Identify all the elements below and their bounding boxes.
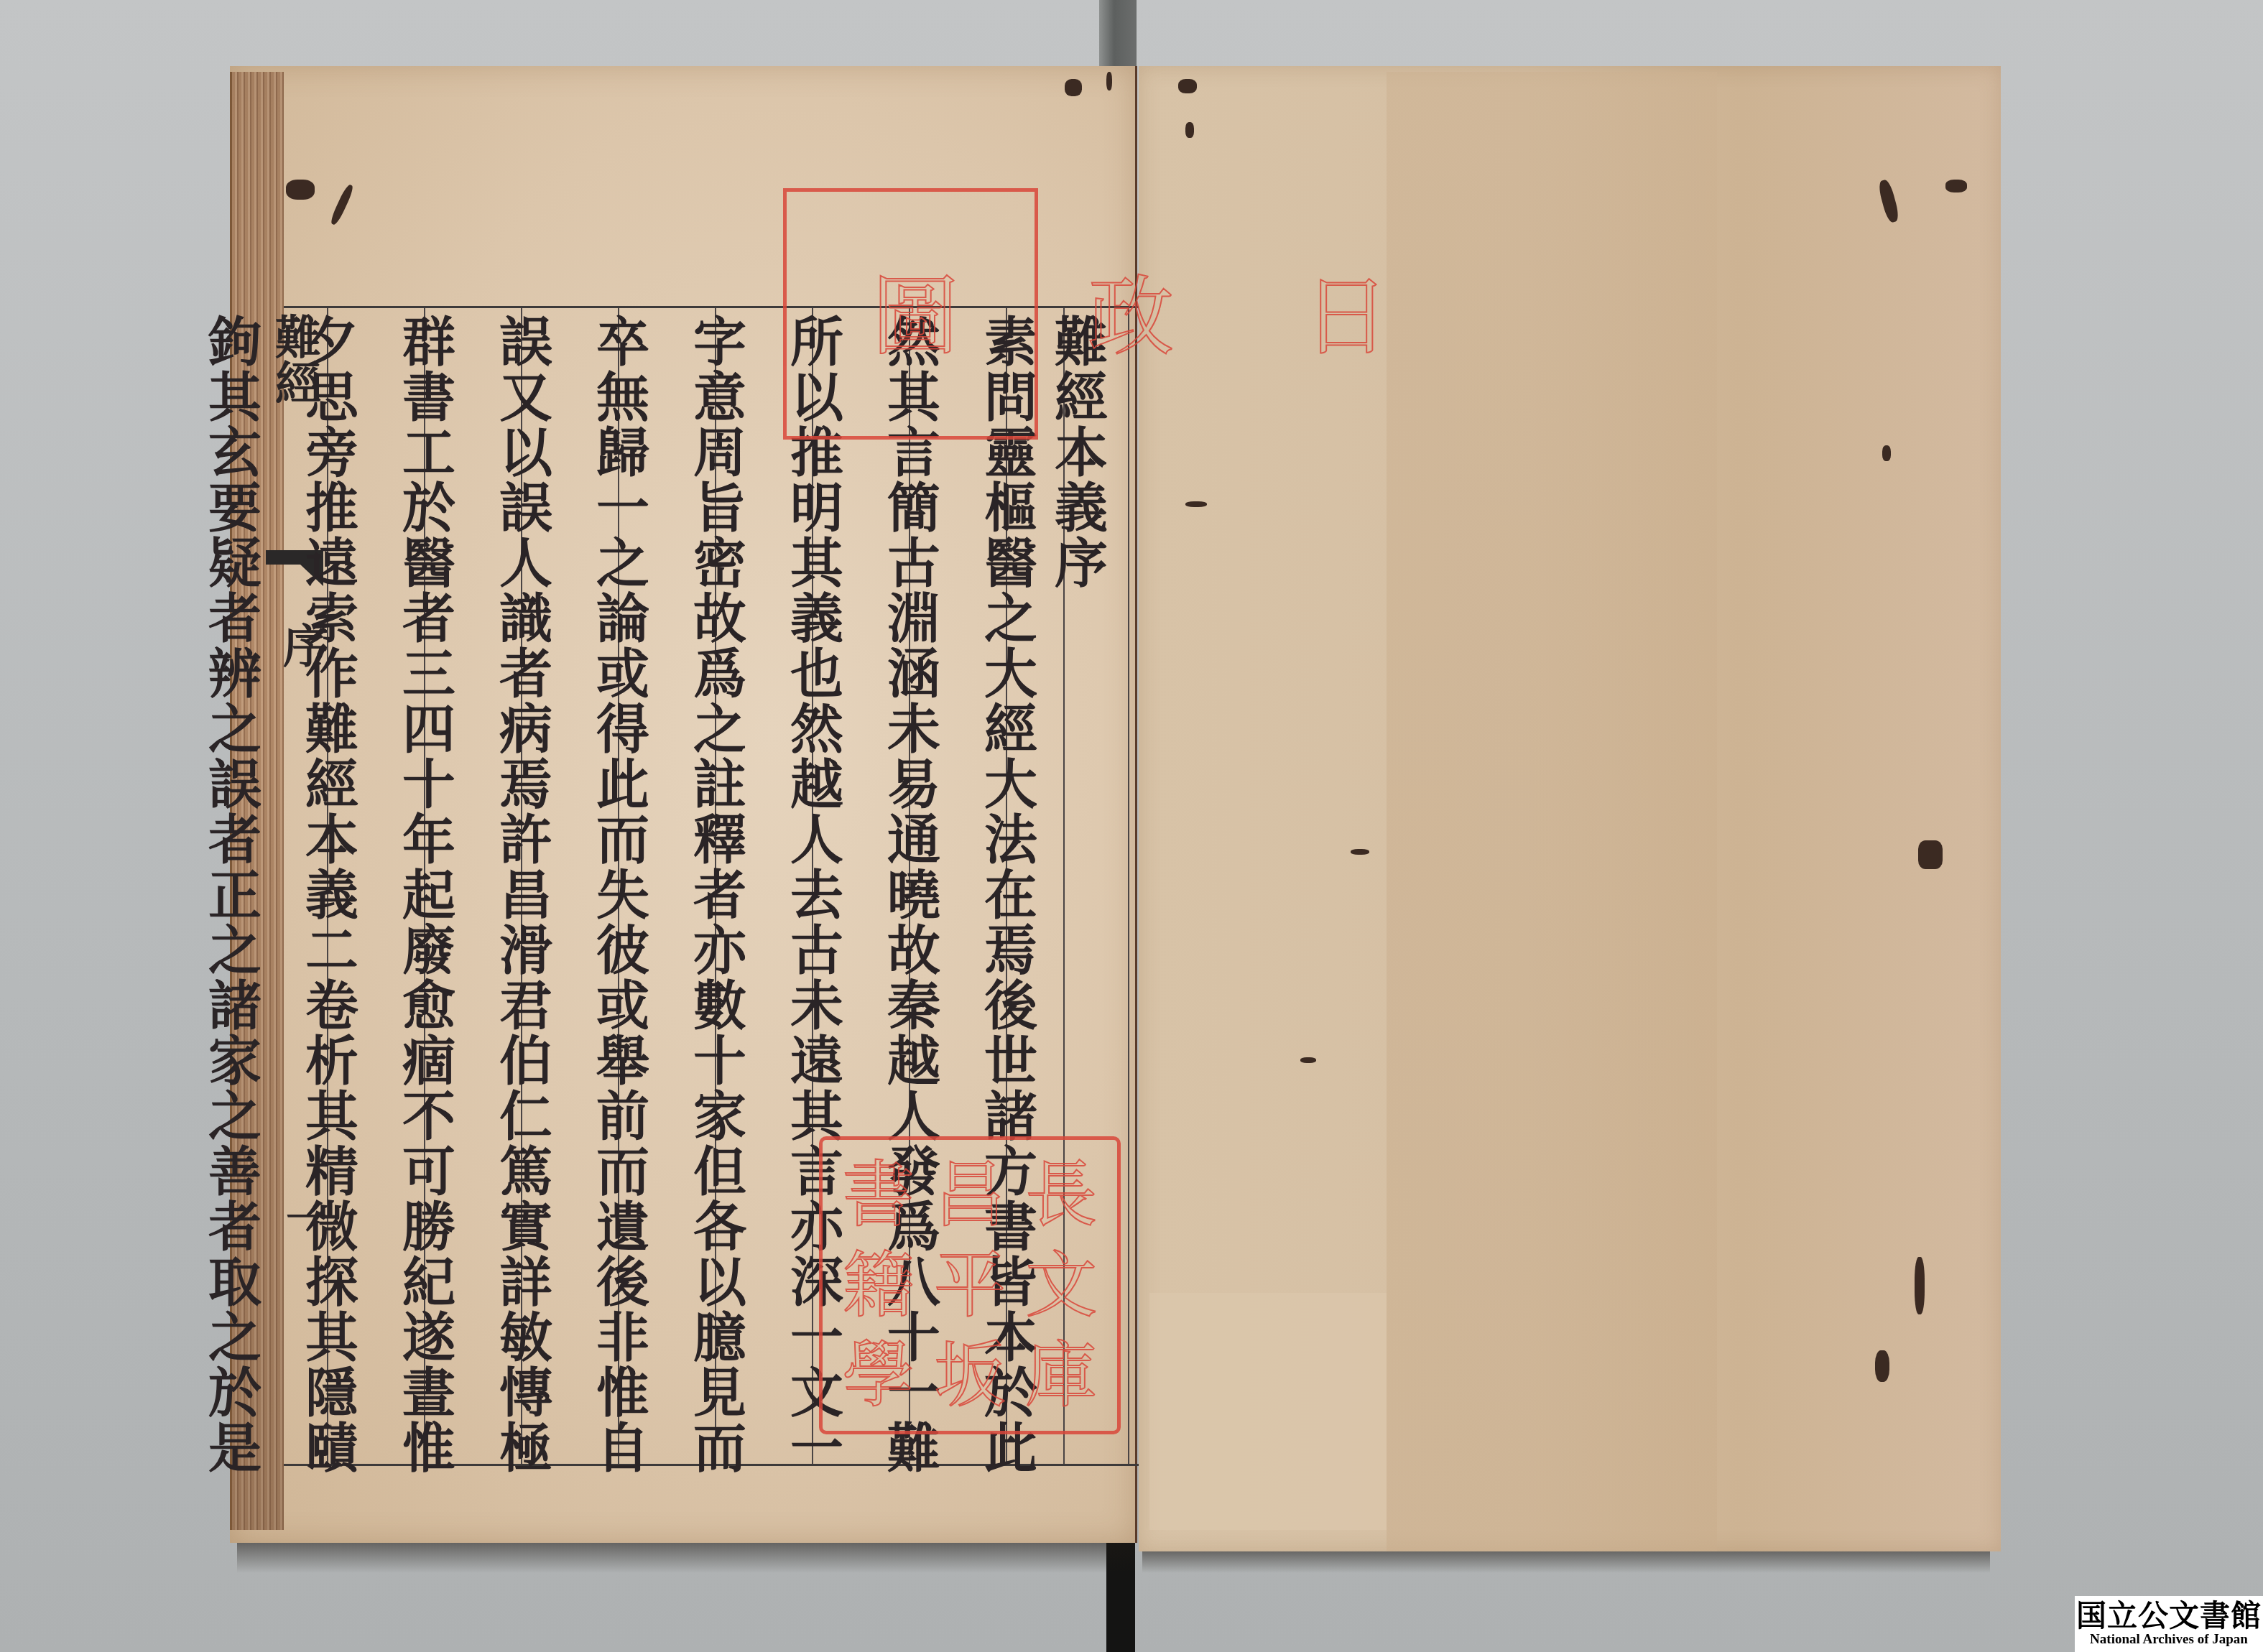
text-character: 以 [476, 426, 576, 481]
text-character: 自 [573, 1421, 673, 1477]
text-character: 四 [379, 702, 479, 758]
text-character: 三 [379, 647, 479, 702]
text-character: 紀 [379, 1256, 479, 1311]
text-character: 者 [379, 592, 479, 647]
text-character: 精 [282, 1145, 382, 1200]
text-character: 者 [476, 647, 576, 702]
text-column: 夕思旁推遠索作難經本義二卷析其精微探其隱賾 [282, 315, 382, 1477]
wormhole-mark [1915, 1257, 1925, 1314]
text-column: 字意周旨密故爲之註釋者亦數十家但各以臆見而 [670, 315, 770, 1477]
text-character: 各 [670, 1200, 770, 1256]
text-character: 要 [185, 481, 285, 537]
text-character: 之 [185, 702, 285, 758]
seal-glyph: 書 [833, 1150, 924, 1240]
text-character: 世 [961, 1034, 1061, 1090]
text-character: 識 [476, 592, 576, 647]
text-character: 君 [476, 979, 576, 1034]
text-character: 勝 [379, 1200, 479, 1256]
wormhole-mark [1351, 849, 1369, 855]
text-character: 者 [185, 1200, 285, 1256]
text-character: 其 [282, 1090, 382, 1145]
text-column: 群書工於醫者三四十年起廢愈痼不可勝紀遂晝惟 [379, 315, 479, 1477]
text-character: 其 [185, 371, 285, 426]
text-character: 而 [670, 1421, 770, 1477]
text-character: 故 [670, 592, 770, 647]
text-character: 秦 [864, 979, 964, 1034]
text-character: 焉 [961, 924, 1061, 979]
text-character: 卒 [573, 315, 673, 371]
text-character: 樞 [961, 481, 1061, 537]
text-character: 醫 [961, 537, 1061, 592]
text-character: 伯 [476, 1034, 576, 1090]
text-character: 慱 [476, 1366, 576, 1421]
text-character: 者 [670, 868, 770, 924]
wormhole-mark [1945, 180, 1967, 192]
wormhole-mark [1882, 445, 1891, 461]
text-character: 大 [961, 758, 1061, 813]
text-character: 玄 [185, 426, 285, 481]
text-character: 或 [573, 647, 673, 702]
text-character: 其 [282, 1311, 382, 1366]
text-character: 之 [961, 592, 1061, 647]
seal-glyph: 學 [833, 1330, 924, 1421]
wormhole-mark [1875, 1350, 1889, 1382]
text-character: 晝 [379, 1366, 479, 1421]
text-character: 旁 [282, 426, 382, 481]
text-character: 不 [379, 1090, 479, 1145]
text-character: 遠 [767, 1034, 867, 1090]
text-character: 然 [767, 702, 867, 758]
text-character: 遂 [379, 1311, 479, 1366]
text-character: 古 [767, 924, 867, 979]
text-column: 鉤其玄要疑者辨之誤者正之諸家之善者取之於是 [185, 315, 285, 1477]
text-character: 焉 [476, 758, 576, 813]
watermark-english: National Archives of Japan [2090, 1632, 2248, 1648]
wormhole-mark [286, 180, 315, 200]
text-character: 誤 [476, 315, 576, 371]
text-character: 善 [185, 1145, 285, 1200]
text-character: 去 [767, 868, 867, 924]
text-character: 仁 [476, 1090, 576, 1145]
text-character: 得 [573, 702, 673, 758]
text-character: 經 [282, 758, 382, 813]
text-character: 註 [670, 758, 770, 813]
text-character: 詳 [476, 1256, 576, 1311]
text-character: 越 [864, 1034, 964, 1090]
text-column: 卒無歸一之論或得此而失彼或舉前而遺後非惟自 [573, 315, 673, 1477]
text-character: 遠 [282, 537, 382, 592]
text-character: 探 [282, 1256, 382, 1311]
text-character: 遺 [573, 1200, 673, 1256]
text-character: 二 [282, 924, 382, 979]
text-character: 實 [476, 1200, 576, 1256]
wormhole-mark [1918, 840, 1943, 869]
text-character: 人 [767, 813, 867, 868]
text-character: 在 [961, 868, 1061, 924]
text-character: 淵 [864, 592, 964, 647]
ownership-seal-bottom: 書 昌 長 籍 平 文 學 坂 庫 [819, 1136, 1121, 1434]
text-character: 敏 [476, 1311, 576, 1366]
wormhole-mark [1185, 501, 1207, 507]
text-character: 之 [185, 924, 285, 979]
text-character: 經 [961, 702, 1061, 758]
text-character: 難 [282, 702, 382, 758]
text-character: 舉 [573, 1034, 673, 1090]
text-character: 推 [282, 481, 382, 537]
text-character: 群 [379, 315, 479, 371]
text-character: 前 [573, 1090, 673, 1145]
text-character: 隱 [282, 1366, 382, 1421]
text-character: 索 [282, 592, 382, 647]
text-character: 惟 [573, 1366, 673, 1421]
text-character: 家 [185, 1034, 285, 1090]
text-character: 醫 [379, 537, 479, 592]
text-character: 十 [379, 758, 479, 813]
text-character: 極 [476, 1421, 576, 1477]
text-character: 此 [573, 758, 673, 813]
text-character: 亦 [670, 924, 770, 979]
text-character: 之 [185, 1311, 285, 1366]
text-character: 昌 [476, 868, 576, 924]
text-character: 爲 [670, 647, 770, 702]
text-character: 者 [185, 813, 285, 868]
text-character: 後 [961, 979, 1061, 1034]
text-character: 見 [670, 1366, 770, 1421]
text-character: 微 [282, 1200, 382, 1256]
text-character: 法 [961, 813, 1061, 868]
text-character: 歸 [573, 426, 673, 481]
text-character: 後 [573, 1256, 673, 1311]
text-character: 簡 [864, 481, 964, 537]
text-column: 誤又以誤人識者病焉許昌滑君伯仁篤實詳敏慱極 [476, 315, 576, 1477]
seal-glyph: 日 [1231, 205, 1446, 423]
archive-watermark: 国立公文書館 National Archives of Japan [2075, 1596, 2263, 1652]
text-character: 於 [379, 481, 479, 537]
text-character: 無 [573, 371, 673, 426]
seal-glyph: 平 [924, 1240, 1015, 1331]
text-character: 可 [379, 1145, 479, 1200]
wormhole-mark [1300, 1057, 1316, 1063]
seal-glyph: 昌 [924, 1150, 1015, 1240]
text-character: 釋 [670, 813, 770, 868]
wormhole-mark [1185, 122, 1194, 138]
seal-glyph: 圖 [800, 205, 1015, 423]
text-character: 非 [573, 1311, 673, 1366]
ownership-seal-top: 圖 政 日 [783, 188, 1038, 440]
text-character: 滑 [476, 924, 576, 979]
text-character: 而 [573, 1145, 673, 1200]
text-character: 痼 [379, 1034, 479, 1090]
text-character: 義 [282, 868, 382, 924]
text-character: 彼 [573, 924, 673, 979]
text-character: 思 [282, 371, 382, 426]
text-character: 又 [476, 371, 576, 426]
seal-glyph: 坂 [924, 1330, 1015, 1421]
text-character: 疑 [185, 537, 285, 592]
text-character: 通 [864, 813, 964, 868]
text-character: 字 [670, 315, 770, 371]
text-character: 正 [185, 868, 285, 924]
text-character: 書 [379, 371, 479, 426]
text-character: 病 [476, 702, 576, 758]
text-character: 卷 [282, 979, 382, 1034]
seal-glyph: 庫 [1016, 1330, 1107, 1421]
text-character: 大 [961, 647, 1061, 702]
text-character: 古 [864, 537, 964, 592]
text-character: 之 [573, 537, 673, 592]
text-character: 旨 [670, 481, 770, 537]
text-character: 而 [573, 813, 673, 868]
text-character: 者 [185, 592, 285, 647]
seal-glyph: 長 [1016, 1150, 1107, 1240]
text-character: 義 [767, 592, 867, 647]
text-character: 失 [573, 868, 673, 924]
text-character: 惟 [379, 1421, 479, 1477]
text-character: 故 [864, 924, 964, 979]
text-character: 之 [185, 1090, 285, 1145]
text-character: 廢 [379, 924, 479, 979]
text-character: 論 [573, 592, 673, 647]
text-character: 辨 [185, 647, 285, 702]
text-character: 賾 [282, 1421, 382, 1477]
text-character: 是 [185, 1421, 285, 1477]
text-character: 起 [379, 868, 479, 924]
wormhole-mark [1065, 79, 1082, 96]
text-character: 諸 [185, 979, 285, 1034]
seal-glyph: 政 [1015, 205, 1231, 423]
text-character: 鉤 [185, 315, 285, 371]
text-character: 本 [282, 813, 382, 868]
text-character: 於 [185, 1366, 285, 1421]
watermark-japanese: 国立公文書館 [2076, 1600, 2262, 1632]
seal-glyph: 籍 [833, 1240, 924, 1331]
text-character: 工 [379, 426, 479, 481]
text-character: 未 [864, 702, 964, 758]
text-character: 許 [476, 813, 576, 868]
text-character: 易 [864, 758, 964, 813]
text-character: 誤 [185, 758, 285, 813]
text-character: 人 [476, 537, 576, 592]
text-character: 但 [670, 1145, 770, 1200]
text-character: 一 [573, 481, 673, 537]
text-character: 誤 [476, 481, 576, 537]
right-page-repair-patch [1149, 1293, 1387, 1530]
text-character: 密 [670, 537, 770, 592]
text-character: 愈 [379, 979, 479, 1034]
text-character: 取 [185, 1256, 285, 1311]
text-character: 周 [670, 426, 770, 481]
text-character: 越 [767, 758, 867, 813]
text-character: 涵 [864, 647, 964, 702]
text-character: 臆 [670, 1311, 770, 1366]
wormhole-mark [1106, 72, 1112, 91]
text-character: 析 [282, 1034, 382, 1090]
text-character: 篤 [476, 1145, 576, 1200]
text-character: 明 [767, 481, 867, 537]
text-character: 之 [670, 702, 770, 758]
seal-glyph: 文 [1016, 1240, 1107, 1331]
text-character: 也 [767, 647, 867, 702]
text-character: 意 [670, 371, 770, 426]
text-character: 年 [379, 813, 479, 868]
text-character: 家 [670, 1090, 770, 1145]
text-character: 曉 [864, 868, 964, 924]
text-character: 以 [670, 1256, 770, 1311]
text-character: 其 [767, 537, 867, 592]
text-character: 數 [670, 979, 770, 1034]
text-character: 未 [767, 979, 867, 1034]
wormhole-mark [1178, 79, 1197, 93]
text-character: 十 [670, 1034, 770, 1090]
text-character: 夕 [282, 315, 382, 371]
text-character: 作 [282, 647, 382, 702]
text-character: 或 [573, 979, 673, 1034]
